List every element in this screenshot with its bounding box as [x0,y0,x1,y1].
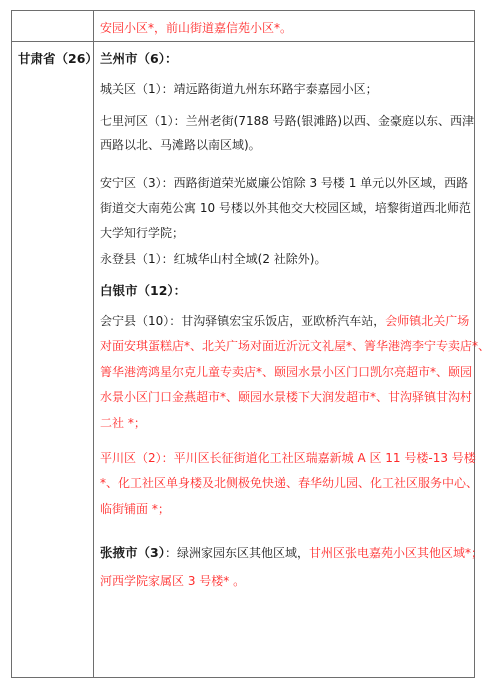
district-pingchuan-line2: *、化工社区单身楼及北侧极免快递、春华幼儿园、化工社区服务中心、 [100,474,478,491]
district-anning-line3: 大学知行学院； [100,224,184,241]
district-huining-line5: 二社 *； [100,414,146,431]
row-divider [12,41,474,42]
city-zhangye-line2: 河西学院家属区 3 号楼* 。 [100,572,245,589]
city-header-baiyin: 白银市（12）： [100,281,186,299]
zhangye-text-black: ：绿洲家园东区其他区域， [165,546,309,560]
column-divider [93,11,94,677]
district-qilihe-line2: 西路以北、马滩路以南区域)。 [100,136,261,153]
district-chengguan: 城关区（1）：靖远路街道九州东环路宇泰嘉园小区； [100,80,378,97]
district-huining-line2: 对面安琪蛋糕店*、北关广场对面近沂沅文礼屋*、箐华港湾李宁专卖店*、 [100,337,487,354]
city-zhangye-line1: 张掖市（3）：绿洲家园东区其他区域，甘州区张电嘉苑小区其他区域*； [100,543,483,561]
top-row-text: 安园小区*，前山街道嘉信苑小区*。 [100,19,292,36]
district-pingchuan-line1: 平川区（2）：平川区长征街道化工社区瑞嘉新城 A 区 11 号楼-13 号楼 [100,449,476,466]
huining-text-red: 会师镇北关广场 [385,314,469,328]
district-yongdeng: 永登县（1）：红城华山村全域(2 社除外)。 [100,250,326,267]
huining-text-black: 会宁县（10）：甘沟驿镇宏宝乐饭店，亚欧桥汽车站， [100,314,385,328]
zhangye-text-red: 甘州区张电嘉苑小区其他区域*； [309,546,483,560]
province-label: 甘肃省（26） [18,49,98,67]
city-header-lanzhou: 兰州市（6）： [100,49,177,67]
district-huining-line3: 箐华港湾鸿星尔克儿童专卖店*、颐园水景小区门口凯尔亮超市*、颐园 [100,363,472,380]
district-anning-line2: 街道交大南苑公寓 10 号楼以外其他交大校园区域，培黎街道西北师范 [100,199,471,216]
city-header-zhangye: 张掖市（3） [100,545,165,560]
district-huining-line1: 会宁县（10）：甘沟驿镇宏宝乐饭店，亚欧桥汽车站，会师镇北关广场 [100,312,469,329]
district-huining-line4: 水景小区门口金燕超市*、颐园水景楼下大润发超市*、甘沟驿镇甘沟村 [100,388,472,405]
district-qilihe-line1: 七里河区（1）：兰州老街(7188 号路(银滩路)以西、金豪庭以东、西津 [100,112,474,129]
district-pingchuan-line3: 临街铺面 *； [100,500,170,517]
region-table: 甘肃省（26） 安园小区*，前山街道嘉信苑小区*。 兰州市（6）： 城关区（1）… [11,10,475,678]
district-anning-line1: 安宁区（3）：西路街道荣光崴廉公馆除 3 号楼 1 单元以外区域，西路 [100,174,468,191]
